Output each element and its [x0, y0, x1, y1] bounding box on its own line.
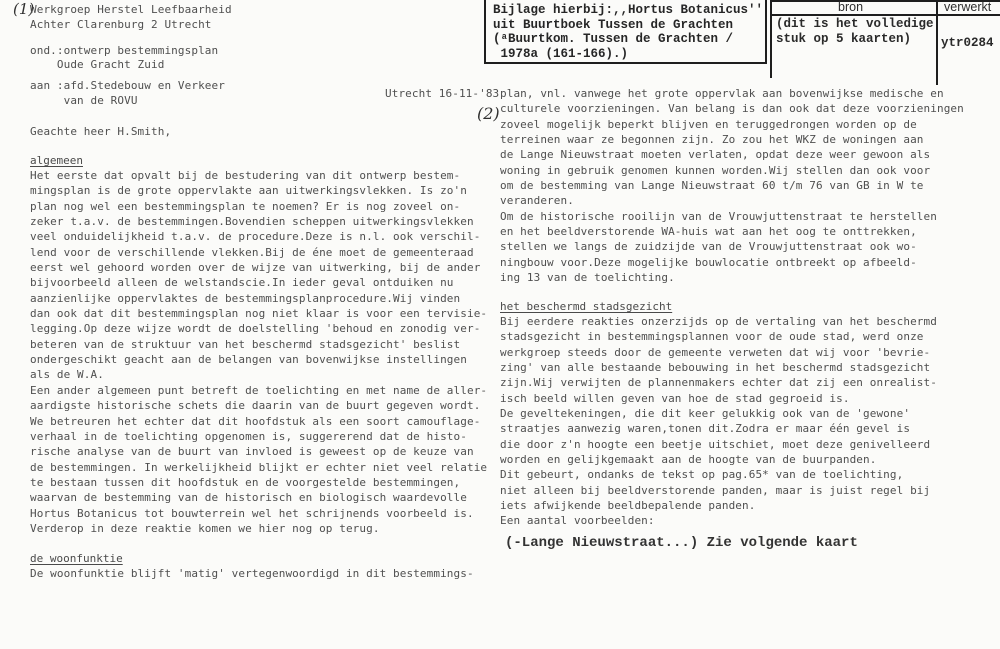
section-body-woonfunktie: De woonfunktie blijft 'matig' vertegenwo…: [30, 566, 474, 581]
footer-reference-line: (-Lange Nieuwstraat...) Zie volgende kaa…: [505, 535, 858, 551]
attachment-word-buurtboek: uit Buurtboek: [493, 18, 591, 32]
table-header-rule: [770, 14, 1000, 16]
sender-address: Werkgroep Herstel Leefbaarheid Achter Cl…: [30, 2, 232, 33]
section-body-algemeen: Het eerste dat opvalt bij de bestudering…: [30, 168, 487, 536]
verwerkt-value: ytr0284: [941, 36, 994, 50]
section-heading-stadsgezicht: het beschermd stadsgezicht: [500, 299, 672, 314]
bron-column-header: bron: [838, 0, 863, 14]
salutation: Geachte heer H.Smith,: [30, 124, 171, 139]
letter-date: Utrecht 16-11-'83: [385, 86, 499, 101]
margin-mark-2: (2): [477, 104, 500, 123]
verwerkt-column-header: verwerkt: [944, 0, 991, 14]
table-column-divider: [936, 0, 938, 85]
continuation-paragraph: plan, vnl. vanwege het grote oppervlak a…: [500, 86, 964, 285]
section-body-stadsgezicht: Bij eerdere reakties onzerzijds op de ve…: [500, 314, 937, 529]
subject-block: ond.:ontwerp bestemmingsplan Oude Gracht…: [30, 44, 218, 72]
recipient-block: aan :afd.Stedebouw en Verkeer van de ROV…: [30, 78, 225, 109]
section-heading-woonfunktie: de woonfunktie: [30, 551, 123, 566]
attachment-word-bijlage: Bijlage: [493, 3, 546, 17]
section-heading-algemeen: algemeen: [30, 153, 83, 168]
scanned-letter-page: (1) (2) Werkgroep Herstel Leefbaarheid A…: [0, 0, 1000, 649]
attachment-note-box: Bijlage hierbij:,,Hortus Botanicus'' uit…: [484, 0, 767, 64]
table-left-border: [770, 0, 772, 78]
bron-value: (dit is het volledige stuk op 5 kaarten): [776, 17, 934, 46]
attachment-note-text: Bijlage hierbij:,,Hortus Botanicus'' uit…: [493, 3, 763, 61]
